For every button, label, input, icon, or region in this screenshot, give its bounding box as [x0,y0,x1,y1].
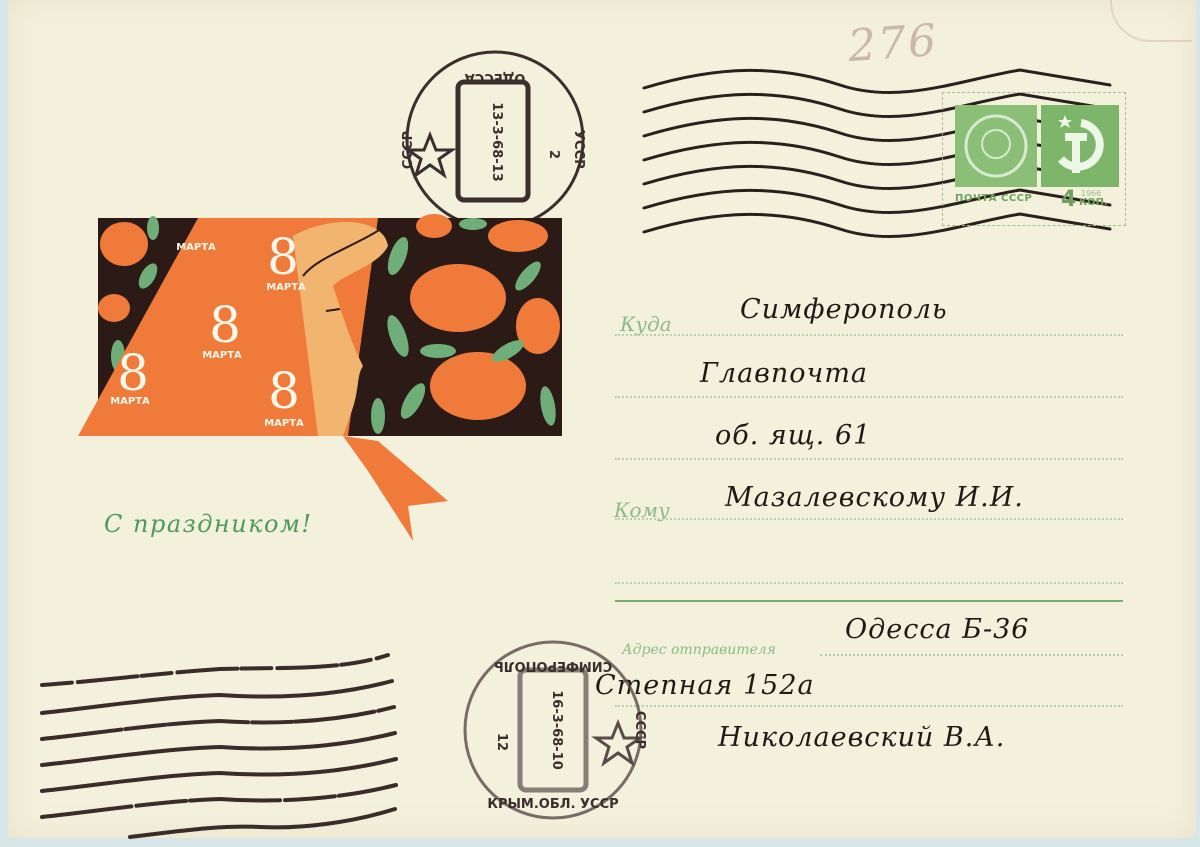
postmark-city: СИМФЕРОПОЛЬ [494,658,612,673]
postmark-simferopol: 16-3-68-10 12 СИМФЕРОПОЛЬ КРЫМ.ОБЛ. УССР… [458,648,648,813]
stamp-caption: ПОЧТА СССР [955,193,1032,204]
svg-text:8: 8 [209,296,241,354]
to-city: Симферополь [740,294,948,325]
greeting-text: С праздником! [104,510,313,538]
stamp-currency: КОП. [1079,197,1108,208]
sender-name: Николаевский В.А. [718,722,1005,753]
wavy-cancellation-bottom [40,655,400,835]
postmark-country: СССР [401,131,416,169]
hammer-sickle-icon [1041,105,1119,187]
to-office: Главпочта [700,358,868,389]
svg-text:8: 8 [267,228,299,286]
postmark-office: 12 [494,733,509,751]
to-box: об. ящ. 61 [715,420,871,451]
sender-line-1 [820,654,1123,656]
svg-text:МАРТА: МАРТА [110,396,150,407]
svg-text:МАРТА: МАРТА [266,282,306,293]
address-line-5 [615,582,1123,584]
postmark-odessa: 13-3-68-13 2 УССР ОДЕССА СССР [400,60,590,220]
svg-text:МАРТА: МАРТА [202,350,242,361]
postmark-country: СССР [632,711,647,749]
postmark-region: КРЫМ.ОБЛ. УССР [487,797,618,812]
recipient-name: Мазалевскому И.И. [725,482,1024,513]
postmark-date: 16-3-68-10 [549,690,564,770]
postmark-city: ОДЕССА [465,70,526,85]
coat-of-arms-icon [955,105,1037,187]
postmark-date: 13-3-68-13 [489,102,504,182]
sender-line-2 [615,705,1123,707]
postmark-office: 2 [546,150,561,159]
address-line-1 [615,334,1123,336]
womens-day-illustration: 8 8 8 8 МАРТА МАРТА МАРТА МАРТА МАРТА [78,216,562,546]
corner-fold [1110,0,1192,42]
svg-text:МАРТА: МАРТА [264,418,304,429]
stamp-value: 4 [1061,187,1076,212]
svg-text:8: 8 [268,362,300,420]
svg-text:МАРТА: МАРТА [176,242,216,253]
svg-text:8: 8 [117,344,149,402]
postmark-region: УССР [571,130,586,169]
address-line-4 [615,518,1123,520]
address-line-2 [615,396,1123,398]
address-line-3 [615,458,1123,460]
to-label: Куда [620,312,672,336]
sender-city: Одесса Б-36 [845,614,1029,645]
postage-stamp: ПОЧТА СССР 1966 4 КОП. [942,92,1126,226]
sender-divider [615,600,1123,602]
